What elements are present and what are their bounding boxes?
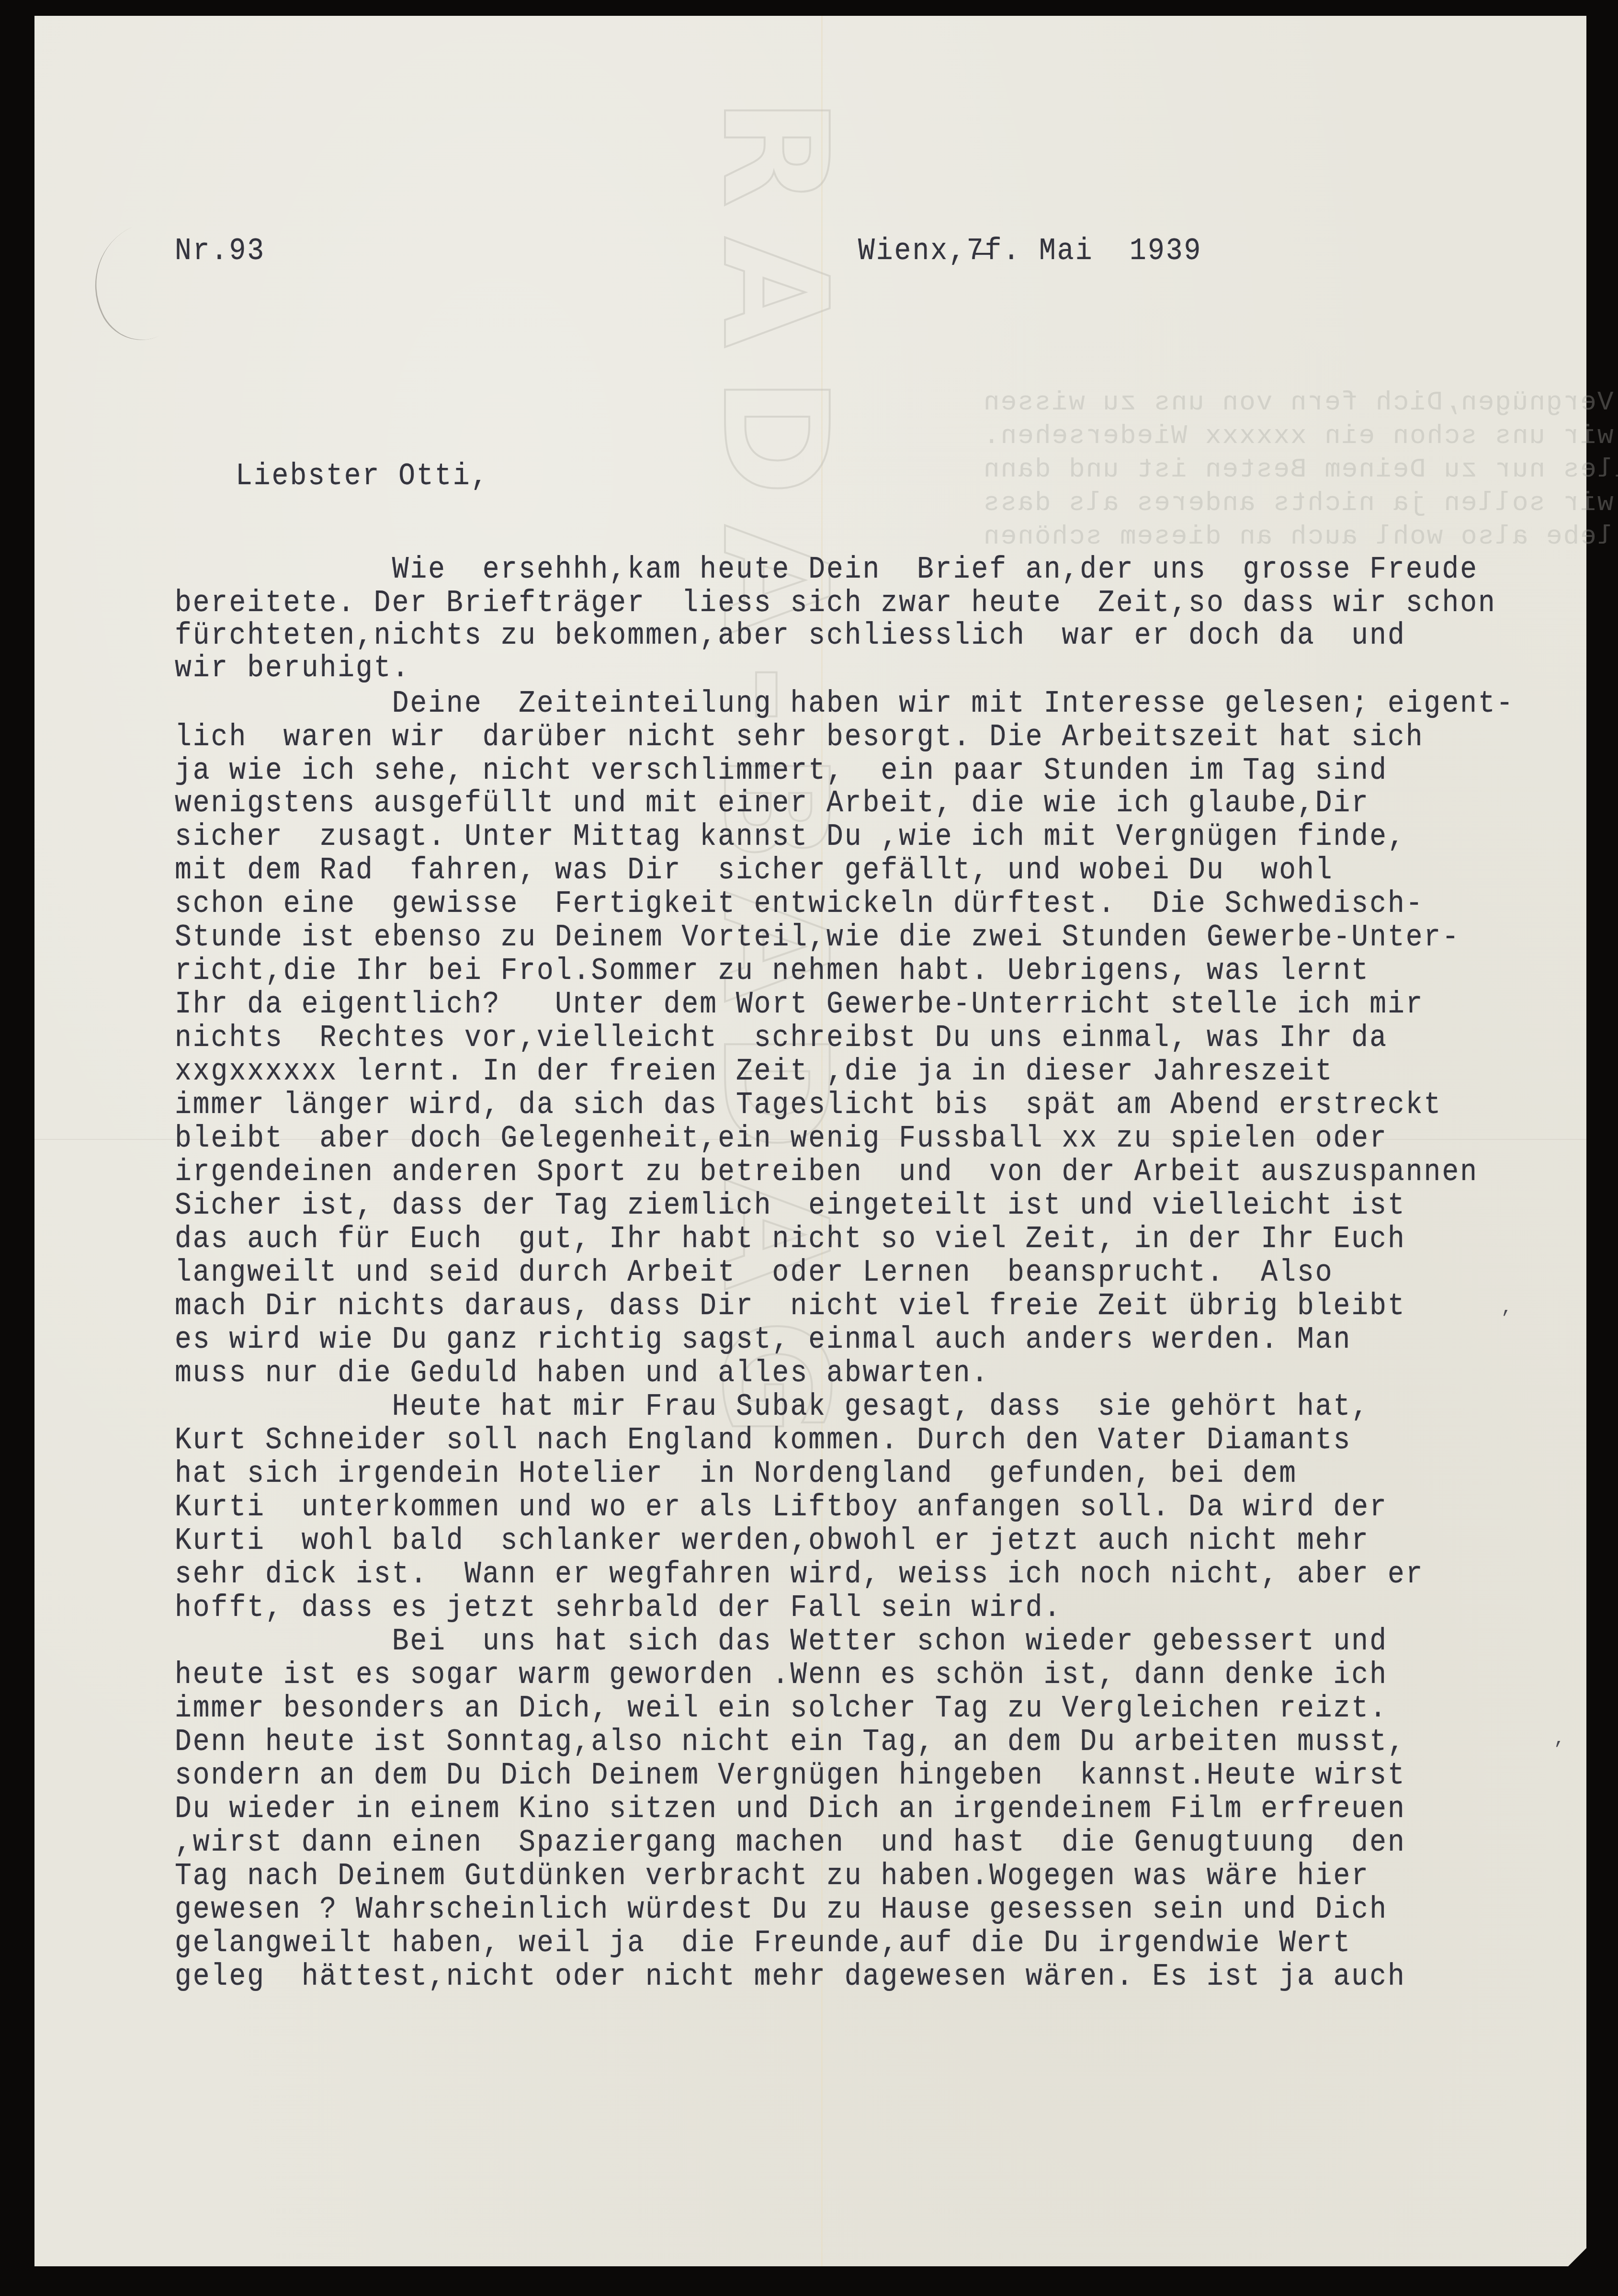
body-line: heute ist es sogar warm geworden .Wenn e… [175,1658,1388,1693]
bleed-line: denken wir doch wieder, dass Alles nur z… [983,454,1618,485]
salutation: Liebster Otti, [236,459,489,494]
body-line: wenigstens ausgefüllt und mit einer Arbe… [175,786,1369,821]
body-line: xxgxxxxxx lernt. In der freien Zeit ,die… [175,1054,1334,1089]
letter-number: Nr.93 [175,234,265,269]
body-line: Du wieder in einem Kino sitzen und Dich … [175,1792,1406,1827]
bleed-line: für uns kein besonderes Vergnügen,Dich f… [983,387,1618,418]
body-line: ,wirst dann einen Spaziergang machen und… [175,1825,1406,1860]
body-line: Kurti wohl bald schlanker werden,obwohl … [175,1523,1369,1558]
body-line: bereitete. Der Briefträger liess sich zw… [175,586,1496,621]
body-line: nichts Rechtes vor,vielleicht schreibst … [175,1021,1388,1056]
body-line: ja wie ich sehe, nicht verschlimmert, ei… [175,753,1388,788]
body-line: schon eine gewisse Fertigkeit entwickeln… [175,887,1424,921]
body-line: Tag nach Deinem Gutdünken verbracht zu h… [175,1859,1369,1894]
body-line: bleibt aber doch Gelegenheit,ein wenig F… [175,1121,1388,1156]
body-line: Wie ersehhh,kam heute Dein Brief an,der … [175,552,1478,587]
bleed-line: es Dir gut gehen mag. So lebe also wohl … [983,521,1618,552]
body-line: irgendeinen anderen Sport zu betreiben u… [175,1155,1478,1190]
body-line: mach Dir nichts daraus, dass Dir nicht v… [175,1289,1406,1324]
body-line: sondern an dem Du Dich Deinem Vergnügen … [175,1758,1406,1793]
body-line: muss nur die Geduld haben und alles abwa… [175,1356,989,1391]
body-line: hat sich irgendein Hotelier in Nordengla… [175,1456,1297,1491]
body-line: fürchteten,nichts zu bekommen,aber schli… [175,618,1406,653]
body-line: hofft, dass es jetzt sehrbald der Fall s… [175,1591,1062,1625]
body-line: Sicher ist, dass der Tag ziemlich einget… [175,1188,1406,1223]
bleed-line: und ebenso! sehnen wir uns schon ein xxx… [983,421,1618,451]
body-line: Kurti unterkommen und wo er als Liftboy … [175,1490,1388,1525]
body-line: Bei uns hat sich das Wetter schon wieder… [175,1624,1388,1659]
body-line: gewesen ? Wahrscheinlich würdest Du zu H… [175,1892,1388,1927]
body-line: Kurt Schneider soll nach England kommen.… [175,1423,1351,1458]
body-line: gelangweilt haben, weil ja die Freunde,a… [175,1926,1351,1961]
body-line: wir beruhigt. [175,651,410,686]
body-line: geleg hättest,nicht oder nicht mehr dage… [175,1959,1406,1994]
body-line: Ihr da eigentlich? Unter dem Wort Gewerb… [175,987,1424,1022]
margin-tick-mark: ’ [1552,1740,1564,1762]
body-line: Heute hat mir Frau Subak gesagt, dass si… [175,1389,1369,1424]
body-line: lich waren wir darüber nicht sehr besorg… [175,720,1424,755]
bleed-line: sind wir wieder schon ruhig,denn wir sol… [983,488,1618,518]
body-line: langweilt und seid durch Arbeit oder Ler… [175,1255,1334,1290]
body-line: richt,die Ihr bei Frol.Sommer zu nehmen … [175,954,1369,989]
body-line: Denn heute ist Sonntag,also nicht ein Ta… [175,1725,1406,1760]
body-line: das auch für Euch gut, Ihr habt nicht so… [175,1222,1406,1257]
letter-page: RADA-BADAG für uns kein besonderes Vergn… [34,16,1586,2266]
body-line: immer besonders an Dich, weil ein solche… [175,1691,1388,1726]
body-line: Deine Zeiteinteilung haben wir mit Inter… [175,686,1515,721]
body-line: Stunde ist ebenso zu Deinem Vorteil,wie … [175,920,1460,955]
body-line: es wird wie Du ganz richtig sagst, einma… [175,1322,1351,1357]
margin-tick-mark: ’ [1500,1309,1511,1330]
body-line: immer länger wird, da sich das Tageslich… [175,1088,1442,1123]
body-line: sehr dick ist. Wann er wegfahren wird, w… [175,1557,1424,1592]
place-date: Wienx,7̶f. Mai 1939 [858,234,1202,269]
body-line: sicher zusagt. Unter Mittag kannst Du ,w… [175,819,1406,854]
body-line: mit dem Rad fahren, was Dir sicher gefäl… [175,853,1334,888]
